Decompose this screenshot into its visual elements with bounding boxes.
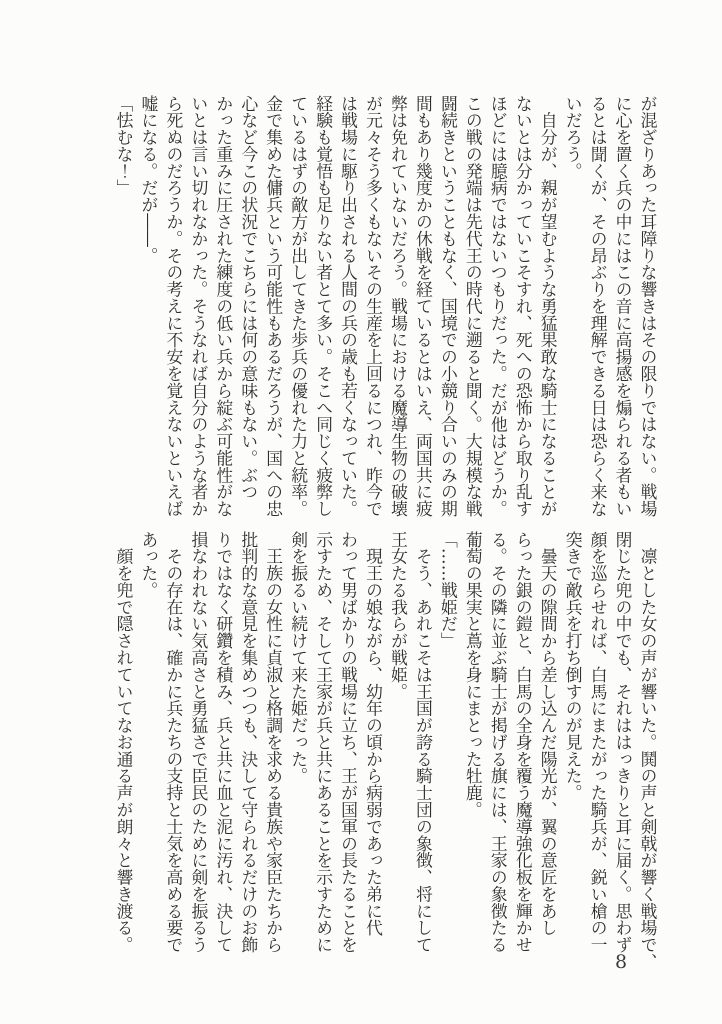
text-line: は戦場に駆り出される人間の兵の歳も若くなっていた。: [336, 95, 361, 565]
text-block-top: が混ざりあった耳障りな響きはその限りではない。戦場に心を置く兵の中にはこの音に高…: [111, 95, 660, 565]
text-line: 曇天の隙間から差し込んだ陽光が、翼の意匠をあし: [535, 531, 560, 1001]
text-line: 「怯むな！」: [111, 95, 136, 565]
text-line: りではなく研鑽を積み、兵と共に血と泥に汚れ、決して: [211, 531, 236, 1001]
text-line: 「……戦姫だ」: [435, 531, 460, 1001]
text-line: この戦の発端は先代王の時代に遡ると聞く。大規模な戦: [460, 95, 485, 565]
text-line: 閉じた兜の中でも、それははっきりと耳に届く。思わず: [610, 531, 635, 1001]
text-line: に心を置く兵の中にはこの音に高揚感を煽られる者もい: [610, 95, 635, 565]
text-line: 現王の娘ながら、幼年の頃から病弱であった弟に代: [361, 531, 386, 1001]
text-line: 葡萄の果実と蔦を身にまとった牡鹿。: [460, 531, 485, 1001]
text-line: いとは言い切れなかった。そうなれば自分のような者か: [186, 95, 211, 565]
text-line: が混ざりあった耳障りな響きはその限りではない。戦場: [635, 95, 660, 565]
text-line: 顔を兜で隠されていてなお通る声が朗々と響き渡る。: [111, 531, 136, 1001]
text-line: ているはずの敵方が出してきた歩兵の優れた力と統率。: [286, 95, 311, 565]
text-line: 王族の女性に貞淑と格調を求める貴族や家臣たちから: [261, 531, 286, 1001]
text-line: 顔を巡らせれば、白馬にまたがった騎兵が、鋭い槍の一: [585, 531, 610, 1001]
text-line: いだろう。: [560, 95, 585, 565]
text-line: 示すため、そして王家が兵と共にあることを示すために: [311, 531, 336, 1001]
text-line: 王女たる我らが戦姫。: [386, 531, 411, 1001]
text-line: かった重みに圧された練度の低い兵から綻ぶ可能性がな: [211, 95, 236, 565]
text-line: 突きで敵兵を打ち倒すのが見えた。: [560, 531, 585, 1001]
text-line: そう、あれこそは王国が誇る騎士団の象徴、将にして: [410, 531, 435, 1001]
text-line: 嘘になる。だが――。: [136, 95, 161, 565]
text-line: 損なわれない気高さと勇猛さで臣民のために剣を振るう: [186, 531, 211, 1001]
text-line: 自分が、親が望むような勇猛果敢な騎士になることが: [535, 95, 560, 565]
text-line: 剣を振るい続けて来た姫だった。: [286, 531, 311, 1001]
text-block-bottom: 凛とした女の声が響いた。鬨の声と剣戟が響く戦場で、閉じた兜の中でも、それははっき…: [111, 531, 660, 1001]
text-line: 批判的な意見を集めつつも、決して守られるだけのお飾: [236, 531, 261, 1001]
text-line: るとは聞くが、その昂ぶりを理解できる日は恐らく来な: [585, 95, 610, 565]
text-line: ないとは分かっていこそすれ、死への恐怖から取り乱す: [510, 95, 535, 565]
text-line: 間もあり幾度かの休戦を経ているとはいえ、両国共に疲: [410, 95, 435, 565]
text-line: あった。: [136, 531, 161, 1001]
text-line: 心など今この状況でこちらには何の意味もない。ぶつ: [236, 95, 261, 565]
text-line: その存在は、確かに兵たちの支持と士気を高める要で: [161, 531, 186, 1001]
text-line: 闘続きということもなく、国境での小競り合いのみの期: [435, 95, 460, 565]
text-line: る。その隣に並ぶ騎士が掲げる旗には、王家の象徴たる: [485, 531, 510, 1001]
text-line: らった銀の鎧と、白馬の全身を覆う魔導強化板を輝かせ: [510, 531, 535, 1001]
text-line: 金で集めた傭兵という可能性もあるだろうが、国への忠: [261, 95, 286, 565]
book-page: が混ざりあった耳障りな響きはその限りではない。戦場に心を置く兵の中にはこの音に高…: [0, 0, 722, 1024]
text-line: ら死ぬのだろうか。その考えに不安を覚えないといえば: [161, 95, 186, 565]
text-line: 凛とした女の声が響いた。鬨の声と剣戟が響く戦場で、: [635, 531, 660, 1001]
text-line: が元々そう多くもないその生産を上回るにつれ、昨今で: [361, 95, 386, 565]
text-line: 弊は免れていないだろう。戦場における魔導生物の破壊: [386, 95, 411, 565]
page-number: 8: [615, 951, 627, 973]
text-line: わって男ばかりの戦場に立ち、王が国軍の長たることを: [336, 531, 361, 1001]
text-line: ほどには臆病ではないつもりだった。だが他はどうか。: [485, 95, 510, 565]
text-line: 経験も覚悟も足りない者とて多い。そこへ同じく疲弊し: [311, 95, 336, 565]
